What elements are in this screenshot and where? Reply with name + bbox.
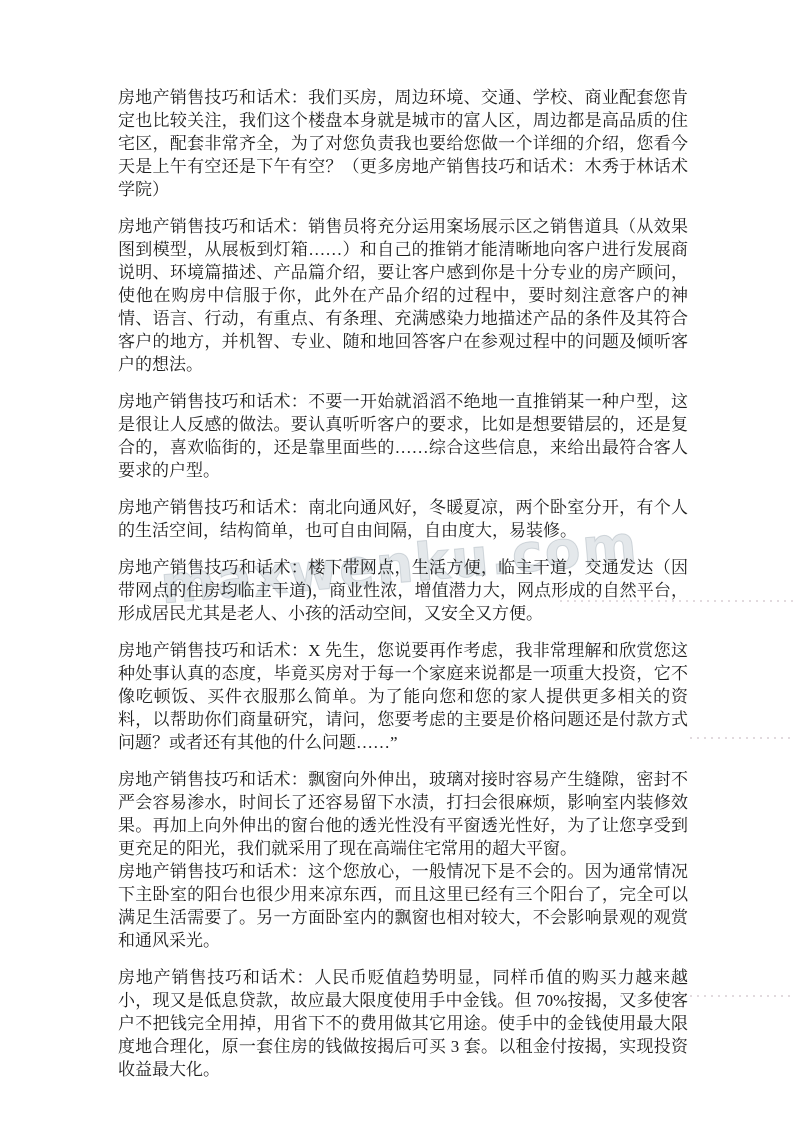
paragraph: 房地产销售技巧和话术：南北向通风好，冬暖夏凉，两个卧室分开，有个人的生活空间，结… bbox=[118, 496, 688, 542]
paragraph: 房地产销售技巧和话术：人民币贬值趋势明显，同样币值的购买力越来越小，现又是低息贷… bbox=[118, 966, 688, 1081]
document-body: 房地产销售技巧和话术：我们买房，周边环境、交通、学校、商业配套您肯定也比较关注，… bbox=[118, 86, 688, 1095]
paragraph: 房地产销售技巧和话术：我们买房，周边环境、交通、学校、商业配套您肯定也比较关注，… bbox=[118, 86, 688, 201]
paragraph: 房地产销售技巧和话术：X 先生，您说要再作考虑，我非常理解和欣赏您这种处事认真的… bbox=[118, 639, 688, 754]
paragraph: 房地产销售技巧和话术：楼下带网点，生活方便，临主干道，交通发达（因带网点的住房均… bbox=[118, 556, 688, 625]
paragraph: 房地产销售技巧和话术：销售员将充分运用案场展示区之销售道具（从效果图到模型，从展… bbox=[118, 215, 688, 376]
paragraph: 房地产销售技巧和话术：不要一开始就滔滔不绝地一直推销某一种户型，这是很让人反感的… bbox=[118, 390, 688, 482]
paragraph: 房地产销售技巧和话术：飘窗向外伸出，玻璃对接时容易产生缝隙，密封不严会容易渗水，… bbox=[118, 768, 688, 860]
scan-noise-dots bbox=[690, 737, 795, 739]
paragraph: 房地产销售技巧和话术：这个您放心，一般情况下是不会的。因为通常情况下主卧室的阳台… bbox=[118, 860, 688, 952]
document-page: maxwenku.com 房地产销售技巧和话术：我们买房，周边环境、交通、学校、… bbox=[0, 0, 800, 1132]
